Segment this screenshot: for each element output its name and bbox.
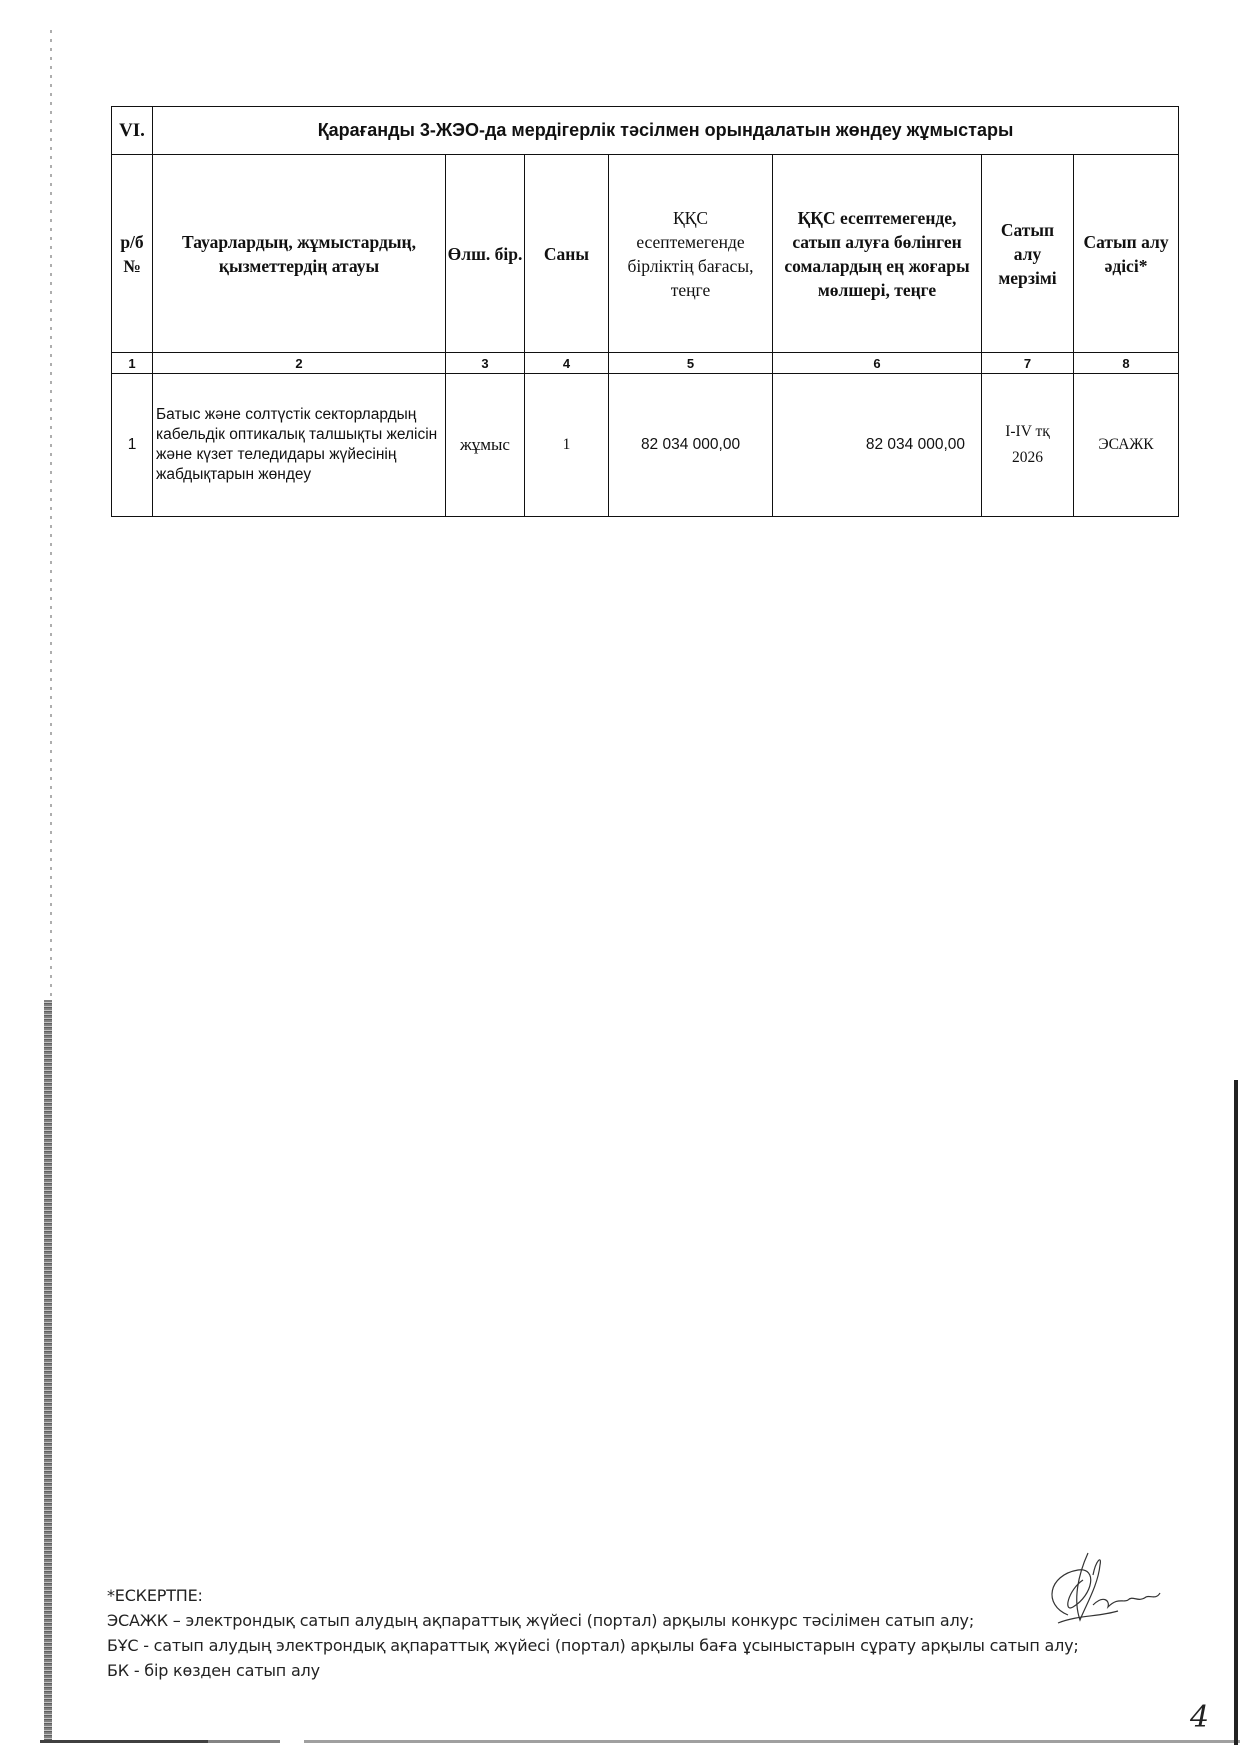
header-method: Сатып алу әдісі* — [1074, 155, 1179, 353]
header-max-amount: ҚҚС есептемегенде, сатып алуға бөлінген … — [773, 155, 982, 353]
section-title: Қарағанды 3-ЖЭО-да мердігерлік тәсілмен … — [153, 107, 1179, 155]
row-period: I-IV тқ 2026 — [982, 374, 1074, 517]
column-number: 3 — [446, 353, 525, 374]
footnote-title: *ЕСКЕРТПЕ: — [107, 1583, 1107, 1608]
scan-bottom-edge — [40, 1740, 1240, 1743]
table-row: 1 Батыс және солтүстік секторлардың кабе… — [112, 374, 1179, 517]
procurement-table: VI. Қарағанды 3-ЖЭО-да мердігерлік тәсіл… — [111, 106, 1179, 517]
header-quantity: Саны — [525, 155, 609, 353]
header-period: Сатып алу мерзімі — [982, 155, 1074, 353]
column-number: 7 — [982, 353, 1074, 374]
row-item-name: Батыс және солтүстік секторлардың кабель… — [153, 374, 446, 517]
column-number: 8 — [1074, 353, 1179, 374]
footnote: *ЕСКЕРТПЕ: ЭСАЖК – электрондық сатып алу… — [107, 1583, 1107, 1683]
row-method: ЭСАЖК — [1074, 374, 1179, 517]
section-header-row: VI. Қарағанды 3-ЖЭО-да мердігерлік тәсіл… — [112, 107, 1179, 155]
header-name: Тауарлардың, жұмыстардың, қызметтердің а… — [153, 155, 446, 353]
column-number: 5 — [609, 353, 773, 374]
header-item-number: р/б № — [112, 155, 153, 353]
column-header-row: р/б № Тауарлардың, жұмыстардың, қызметте… — [112, 155, 1179, 353]
row-unit: жұмыс — [446, 374, 525, 517]
footnote-line: БҰС - сатып алудың электрондық ақпаратты… — [107, 1633, 1087, 1683]
column-number-row: 1 2 3 4 5 6 7 8 — [112, 353, 1179, 374]
scan-right-edge — [1234, 1080, 1238, 1745]
row-unit-price: 82 034 000,00 — [609, 374, 773, 517]
column-number: 6 — [773, 353, 982, 374]
header-unit-price: ҚҚС есептемегенде бірліктің бағасы, теңг… — [609, 155, 773, 353]
column-number: 2 — [153, 353, 446, 374]
column-number: 1 — [112, 353, 153, 374]
row-quantity: 1 — [525, 374, 609, 517]
footnote-line: ЭСАЖК – электрондық сатып алудың ақпарат… — [107, 1608, 1107, 1633]
row-max-amount: 82 034 000,00 — [773, 374, 982, 517]
section-number: VI. — [112, 107, 153, 155]
column-number: 4 — [525, 353, 609, 374]
header-unit: Өлш. бір. — [446, 155, 525, 353]
page-number: 4 — [1190, 1700, 1209, 1735]
scan-edge-artifact — [50, 30, 52, 1000]
row-number: 1 — [112, 374, 153, 517]
scan-edge-shadow — [44, 1000, 52, 1740]
